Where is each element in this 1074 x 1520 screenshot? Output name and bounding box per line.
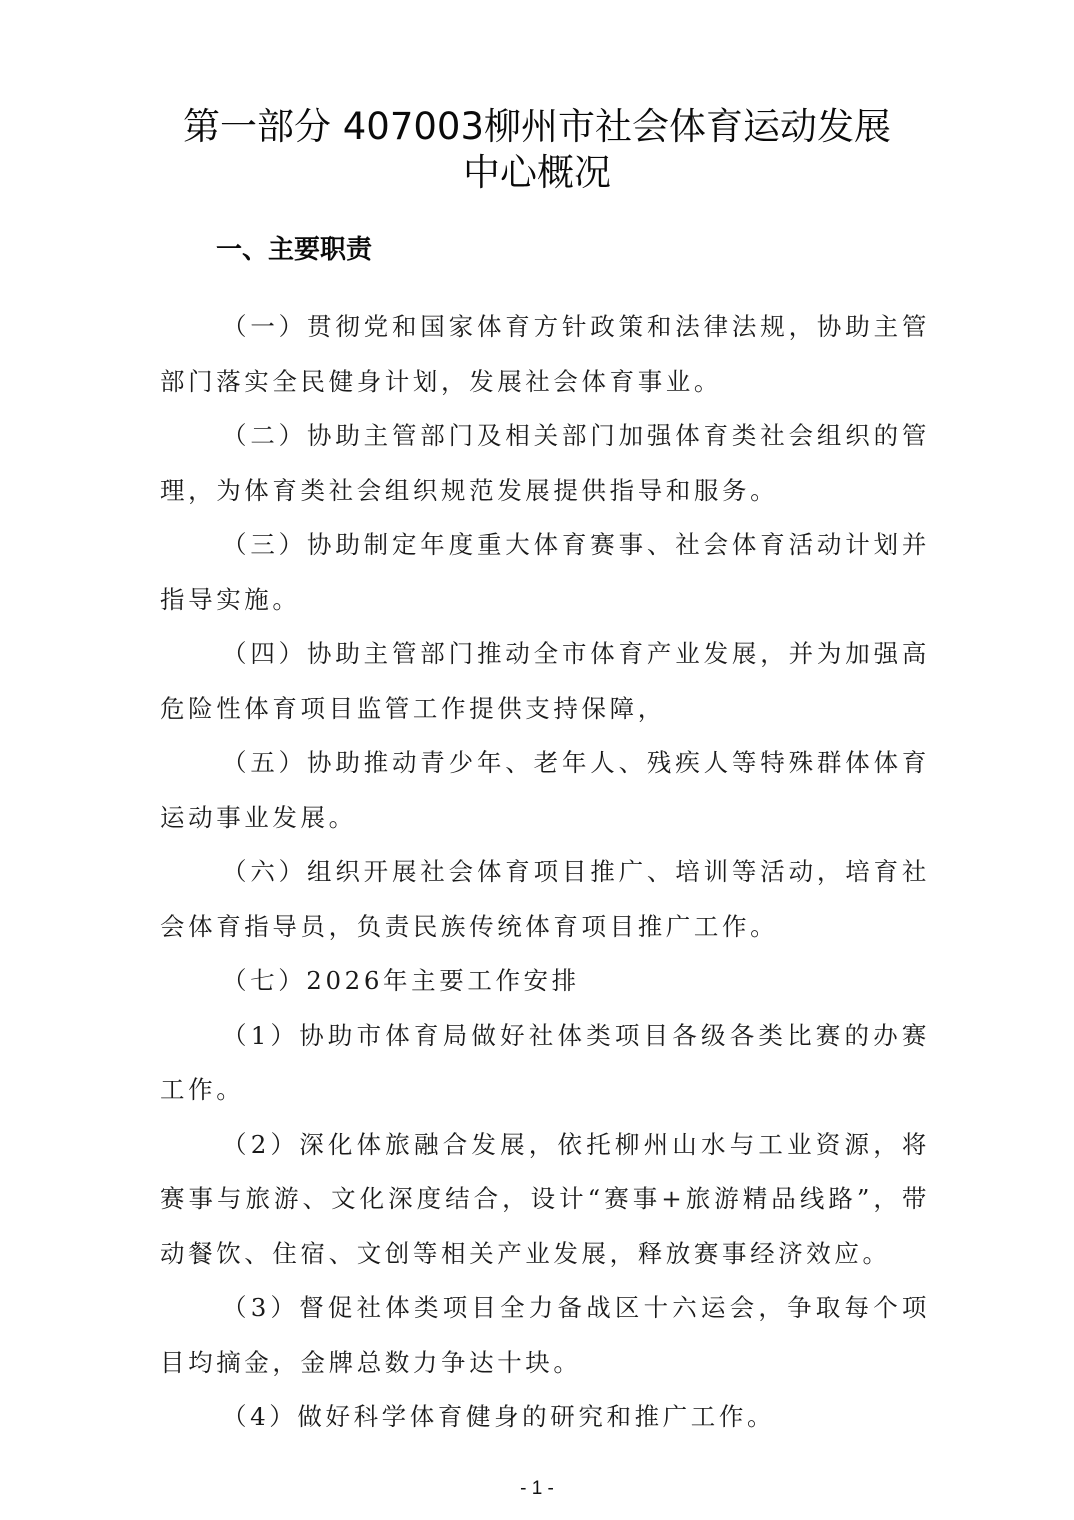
paragraph-duty-4: （四）协助主管部门推动全市体育产业发展，并为加强高危险性体育项目监管工作提供支持… [160,627,930,736]
title-line-2: 中心概况 [0,150,1074,196]
paragraph-plan-item-3: （3）督促社体类项目全力备战区十六运会，争取每个项目均摘金，金牌总数力争达十块。 [160,1281,930,1390]
paragraph-plan-item-2: （2）深化体旅融合发展，依托柳州山水与工业资源，将赛事与旅游、文化深度结合，设计… [160,1118,930,1282]
paragraph-plan-item-4: （4）做好科学体育健身的研究和推广工作。 [160,1390,930,1445]
paragraph-duty-5: （五）协助推动青少年、老年人、残疾人等特殊群体体育运动事业发展。 [160,736,930,845]
document-page: 第一部分 407003柳州市社会体育运动发展 中心概况 一、主要职责 （一）贯彻… [0,0,1074,1520]
paragraph-plan-item-1: （1）协助市体育局做好社体类项目各级各类比赛的办赛工作。 [160,1009,930,1118]
paragraph-duty-2: （二）协助主管部门及相关部门加强体育类社会组织的管理，为体育类社会组织规范发展提… [160,409,930,518]
paragraph-duty-6: （六）组织开展社会体育项目推广、培训等活动，培育社会体育指导员，负责民族传统体育… [160,845,930,954]
page-title: 第一部分 407003柳州市社会体育运动发展 中心概况 [0,104,1074,196]
paragraph-duty-1: （一）贯彻党和国家体育方针政策和法律法规，协助主管部门落实全民健身计划，发展社会… [160,300,930,409]
section-heading-main-duties: 一、主要职责 [216,230,372,270]
paragraph-2026-plan-heading: （七）2026年主要工作安排 [160,954,930,1009]
body-text: （一）贯彻党和国家体育方针政策和法律法规，协助主管部门落实全民健身计划，发展社会… [160,300,930,1445]
page-number: - 1 - [0,1478,1074,1500]
title-line-1: 第一部分 407003柳州市社会体育运动发展 [0,104,1074,150]
paragraph-duty-3: （三）协助制定年度重大体育赛事、社会体育活动计划并指导实施。 [160,518,930,627]
